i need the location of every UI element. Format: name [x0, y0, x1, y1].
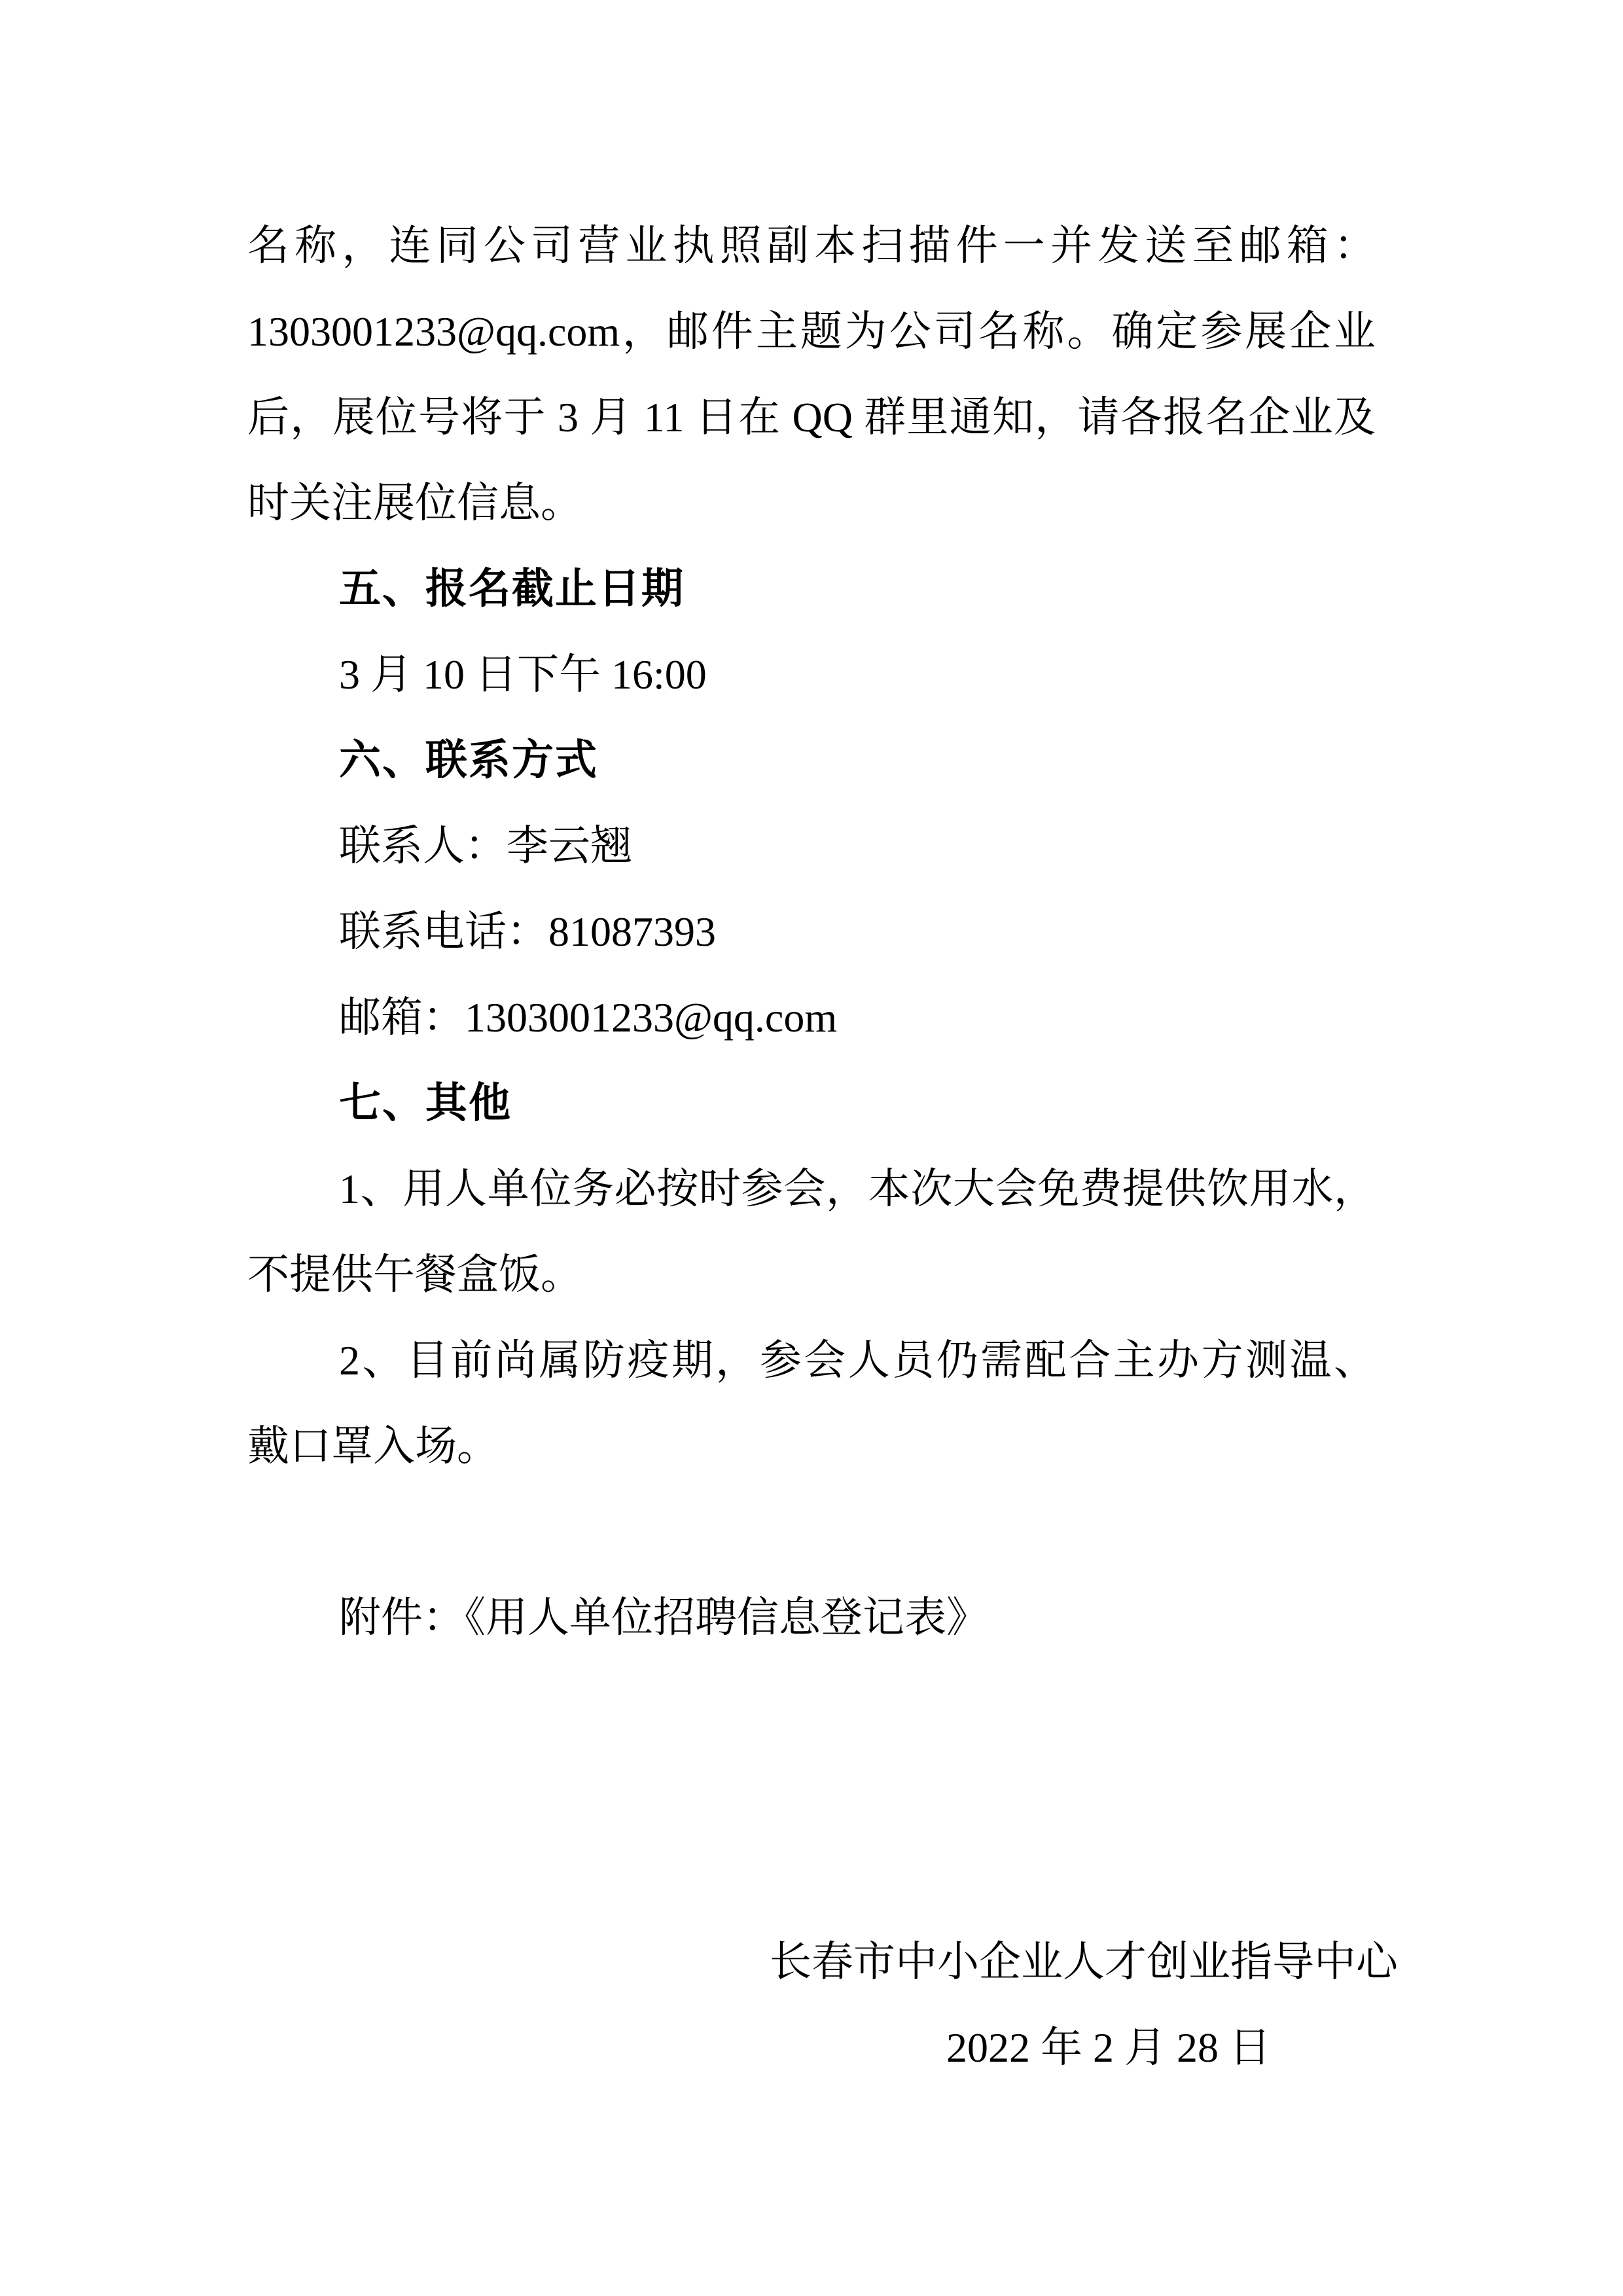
document-content: 名称，连同公司营业执照副本扫描件一并发送至邮箱： 1303001233@qq.c…	[0, 0, 1623, 2090]
section7-item1-line2: 不提供午餐盒饭。	[247, 1232, 1376, 1318]
signature-organization: 长春市中小企业人才创业指导中心	[247, 1919, 1398, 2005]
intro-paragraph-line-4: 时关注展位信息。	[247, 460, 1376, 546]
section7-item1-line1: 1、用人单位务必按时参会，本次大会免费提供饮用水，	[247, 1146, 1376, 1232]
intro-paragraph-line-1: 名称，连同公司营业执照副本扫描件一并发送至邮箱：	[247, 203, 1376, 289]
section6-heading: 六、联系方式	[247, 717, 1376, 803]
section7-heading: 七、其他	[247, 1060, 1376, 1146]
attachment-line: 附件：《用人单位招聘信息登记表》	[247, 1575, 1376, 1660]
section7-item2-line1: 2、目前尚属防疫期，参会人员仍需配合主办方测温、	[247, 1318, 1376, 1403]
section5-deadline: 3 月 10 日下午 16:00	[247, 632, 1376, 717]
section6-contact-phone: 联系电话：81087393	[247, 889, 1376, 975]
intro-paragraph-line-3: 后，展位号将于 3 月 11 日在 QQ 群里通知，请各报名企业及	[247, 374, 1376, 460]
blank-line	[247, 1489, 1376, 1575]
blank-space	[247, 1660, 1376, 1919]
intro-paragraph-line-2: 1303001233@qq.com，邮件主题为公司名称。确定参展企业	[247, 289, 1376, 374]
section6-contact-person: 联系人：李云翘	[247, 803, 1376, 889]
signature-date: 2022 年 2 月 28 日	[247, 2005, 1376, 2090]
section7-item2-line2: 戴口罩入场。	[247, 1403, 1376, 1489]
section6-contact-email: 邮箱：1303001233@qq.com	[247, 975, 1376, 1060]
document-page: 名称，连同公司营业执照副本扫描件一并发送至邮箱： 1303001233@qq.c…	[0, 0, 1623, 2296]
section5-heading: 五、报名截止日期	[247, 546, 1376, 632]
